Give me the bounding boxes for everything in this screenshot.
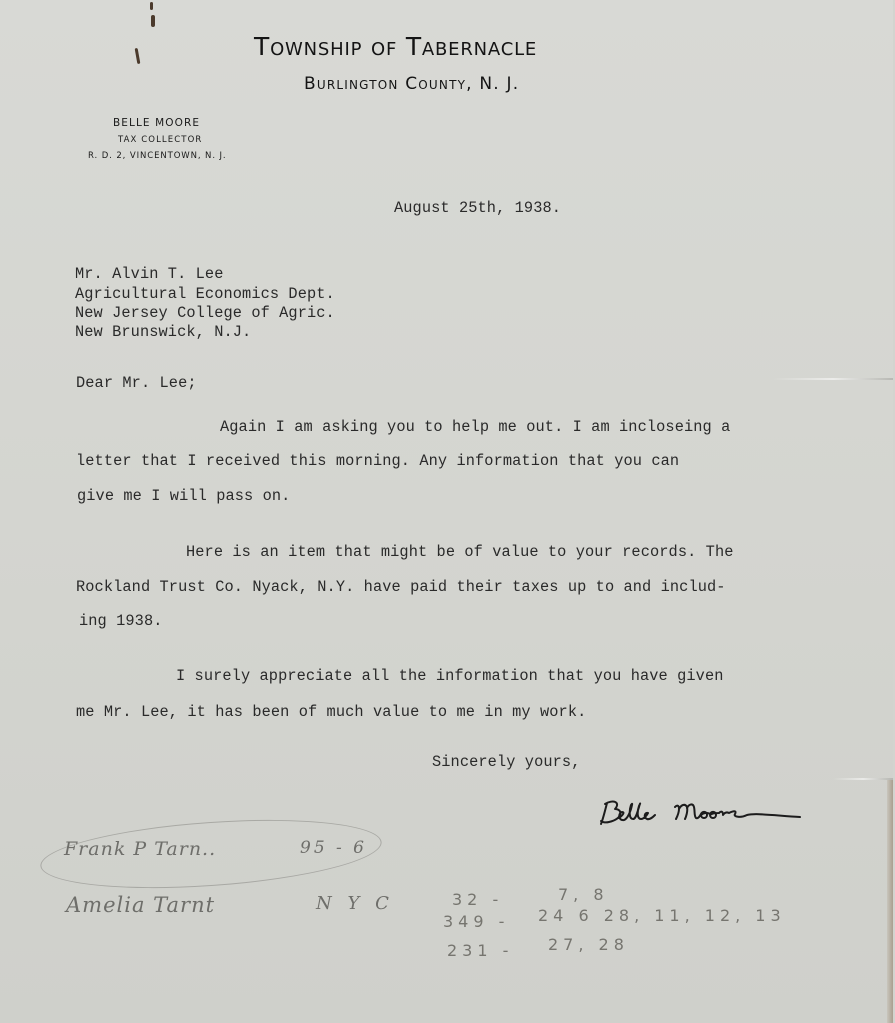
paper-fold [773,378,893,380]
signature-icon [595,793,805,833]
recipient-institution: New Jersey College of Agric. [75,304,335,322]
pencil-note-name-2: Amelia Tarnt [66,893,215,917]
calc-left: 349 - [443,912,509,931]
ink-smudge [135,48,141,64]
letter-page: Township of Tabernacle Burlington County… [0,0,893,1023]
pencil-note-name-1: Frank P Tarn.. [64,838,216,860]
pencil-note-number-1: 95 - 6 [300,838,367,858]
paragraph-line: Rockland Trust Co. Nyack, N.Y. have paid… [76,578,726,596]
recipient-city: New Brunswick, N.J. [75,323,251,341]
paragraph-line: Here is an item that might be of value t… [186,543,734,561]
salutation: Dear Mr. Lee; [76,374,197,392]
paragraph-line: ing 1938. [79,612,163,630]
calc-right: 27, 28 [548,935,629,954]
paragraph-line: I surely appreciate all the information … [176,667,724,685]
pencil-note-tag-2: N Y C [316,893,394,914]
letterhead-organization: Township of Tabernacle [254,32,537,61]
closing: Sincerely yours, [432,753,580,771]
recipient-department: Agricultural Economics Dept. [75,285,335,303]
paper-fold [833,778,893,780]
calc-right: 7, 8 [558,885,609,904]
ink-smudge [150,2,153,10]
paragraph-line: Again I am asking you to help me out. I … [220,418,730,436]
paragraph-line: letter that I received this morning. Any… [76,452,679,470]
letterhead-official-address: R. D. 2, VINCENTOWN, N. J. [88,151,227,161]
letterhead-official-title: TAX COLLECTOR [118,135,202,145]
calc-right: 24 6 28, 11, 12, 13 [538,906,786,925]
calc-left: 231 - [447,941,513,960]
ink-smudge [151,15,155,27]
signature [595,793,805,833]
letterhead-county: Burlington County, N. J. [304,74,519,94]
paragraph-line: give me I will pass on. [77,487,290,505]
calc-left: 32 - [452,890,503,909]
paragraph-line: me Mr. Lee, it has been of much value to… [76,703,586,721]
recipient-name: Mr. Alvin T. Lee [75,265,223,283]
letter-date: August 25th, 1938. [394,199,561,217]
letterhead-official-name: BELLE MOORE [113,117,200,129]
